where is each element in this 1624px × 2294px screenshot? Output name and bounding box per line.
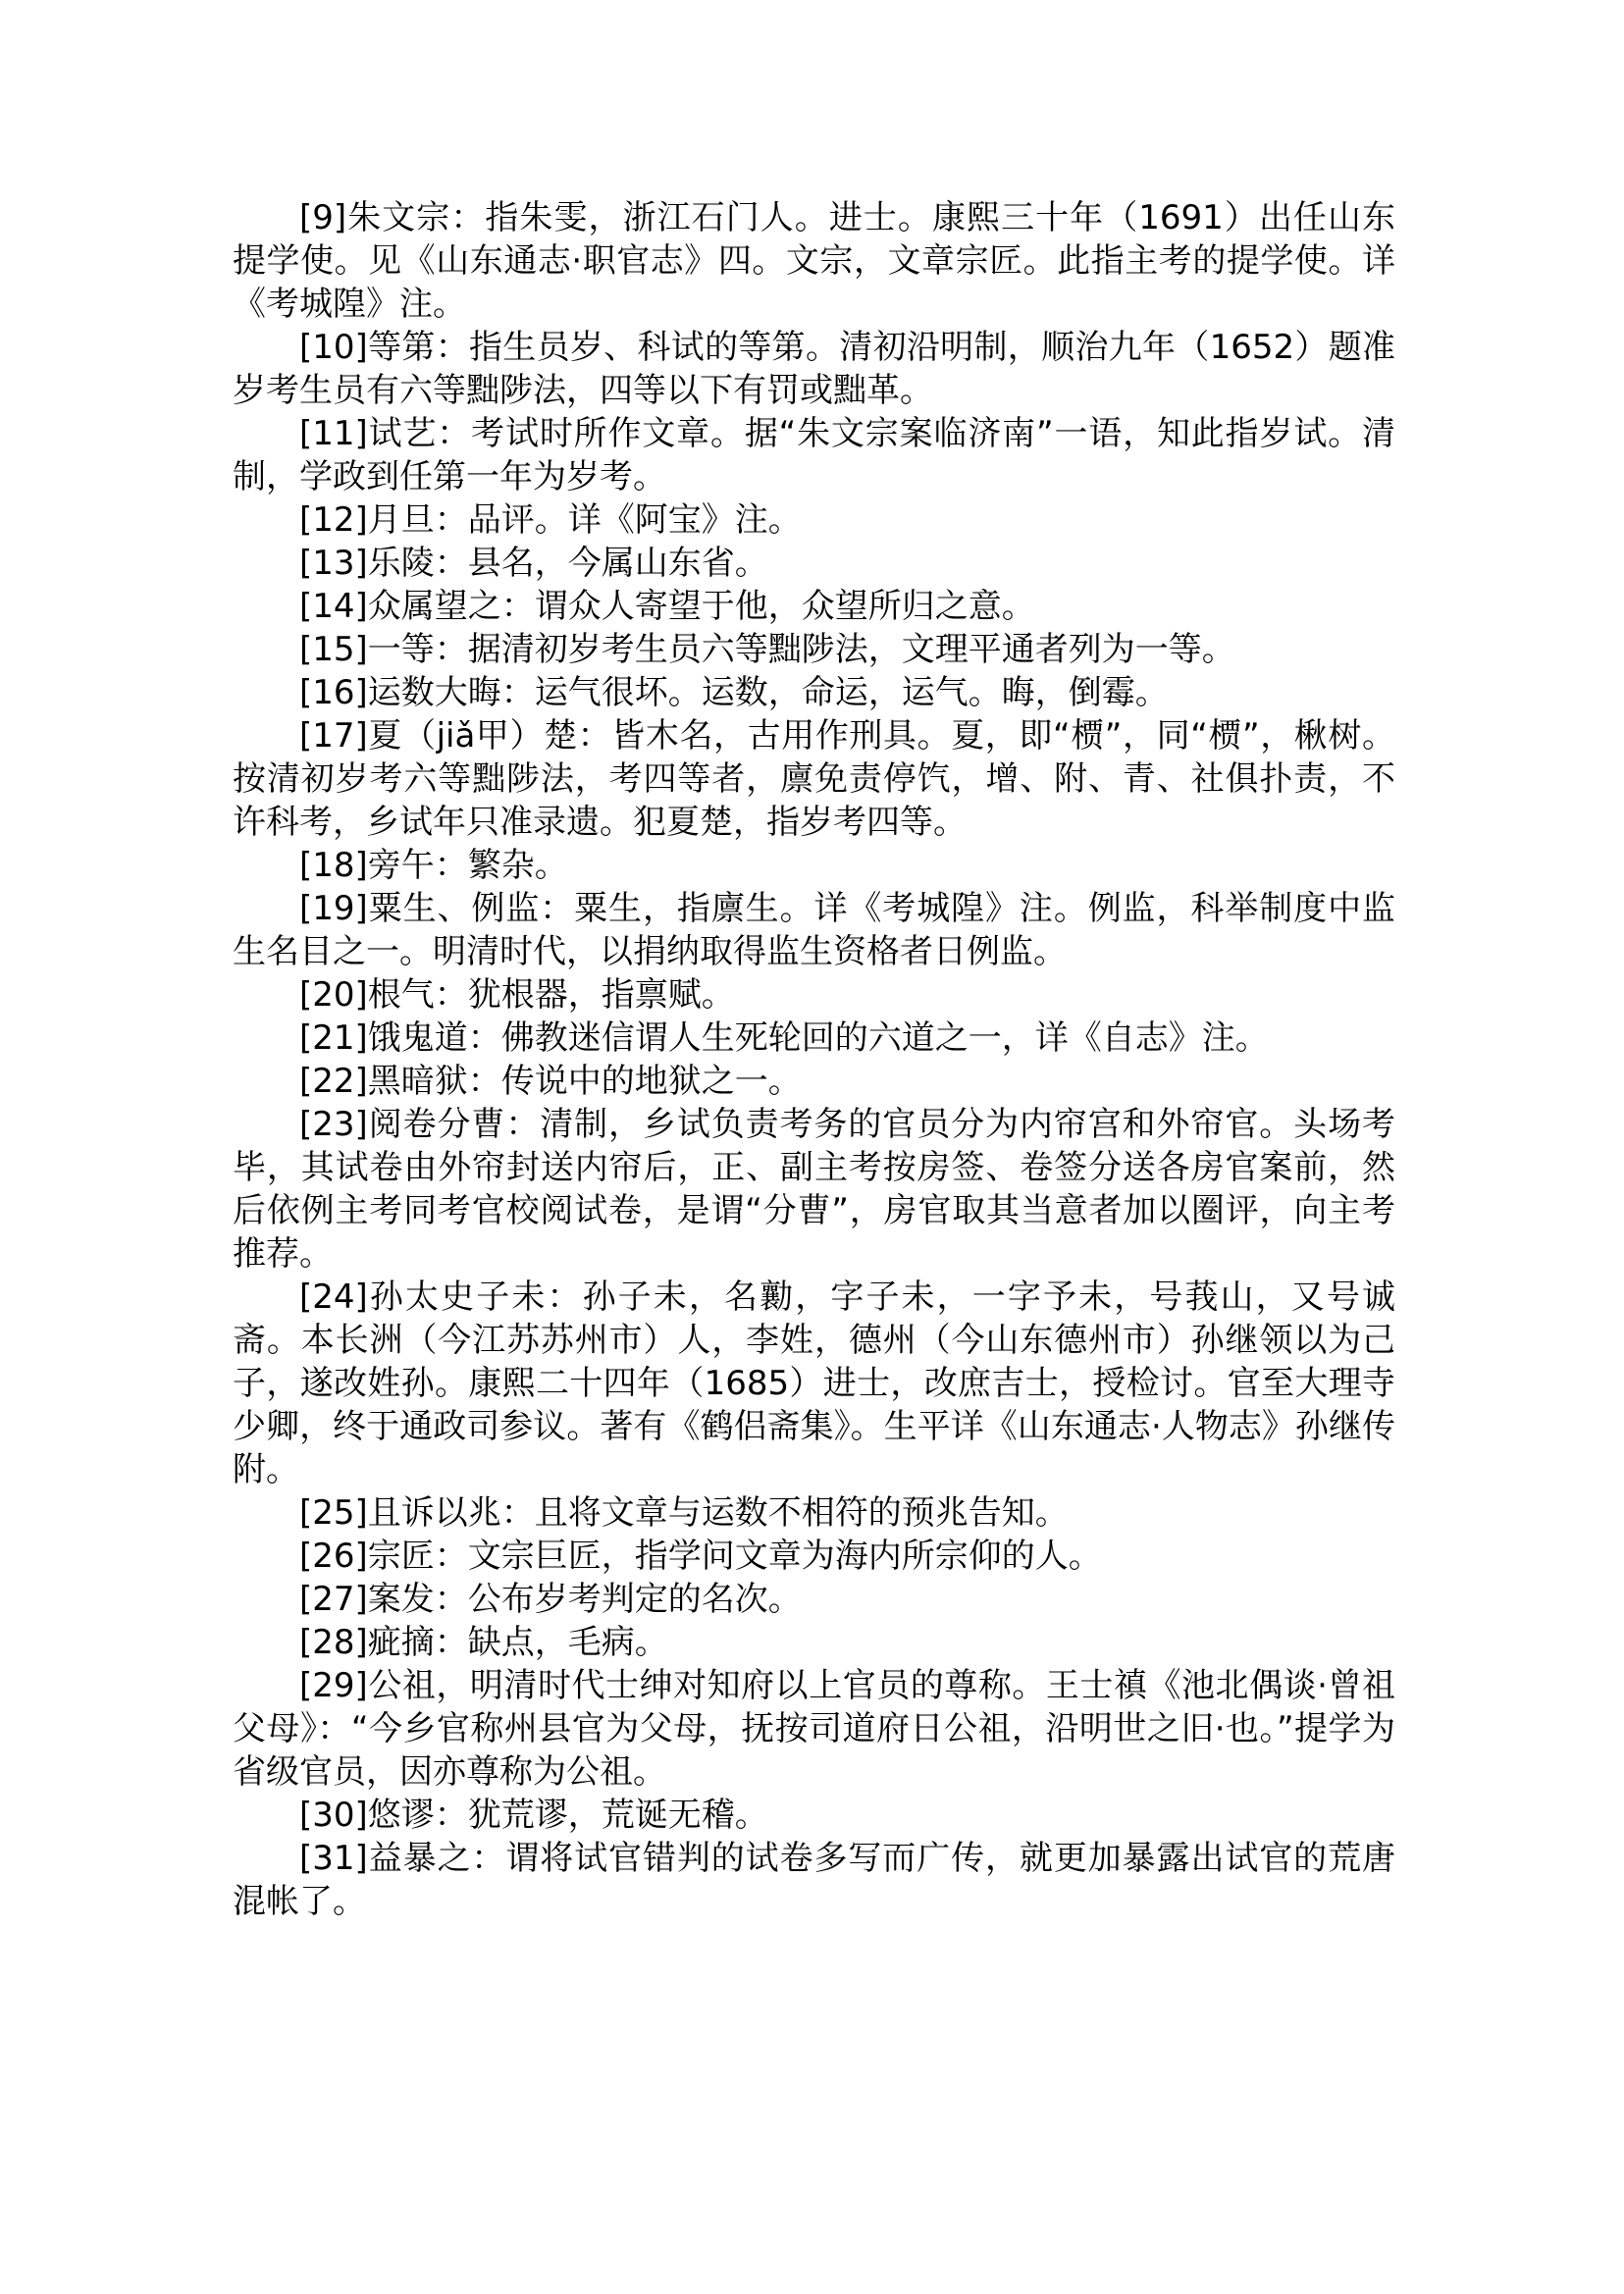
note-paragraph-29: [29]公祖，明清时代士绅对知府以上官员的尊称。王士禛《池北偶谈·曾祖父母》：“… — [233, 1664, 1395, 1794]
note-paragraph-21: [21]饿鬼道：佛教迷信谓人生死轮回的六道之一，详《自志》注。 — [233, 1017, 1395, 1060]
note-paragraph-26: [26]宗匠：文宗巨匠，指学问文章为海内所宗仰的人。 — [233, 1535, 1395, 1578]
note-paragraph-31: [31]益暴之：谓将试官错判的试卷多写而广传，就更加暴露出试官的荒唐混帐了。 — [233, 1837, 1395, 1923]
note-paragraph-17: [17]夏（jiǎ甲）楚：皆木名，古用作刑具。夏，即“槚”，同“槚”，楸树。按清… — [233, 714, 1395, 844]
note-paragraph-30: [30]悠谬：犹荒谬，荒诞无稽。 — [233, 1794, 1395, 1837]
note-paragraph-18: [18]旁午：繁杂。 — [233, 844, 1395, 887]
note-paragraph-28: [28]疵摘：缺点，毛病。 — [233, 1621, 1395, 1664]
note-paragraph-13: [13]乐陵：县名，今属山东省。 — [233, 542, 1395, 585]
note-paragraph-10: [10]等第：指生员岁、科试的等第。清初沿明制，顺治九年（1652）题准岁考生员… — [233, 326, 1395, 412]
note-paragraph-12: [12]月旦：品评。详《阿宝》注。 — [233, 498, 1395, 542]
note-paragraph-22: [22]黑暗狱：传说中的地狱之一。 — [233, 1060, 1395, 1103]
annotations-block: [9]朱文宗：指朱雯，浙江石门人。进士。康熙三十年（1691）出任山东提学使。见… — [233, 196, 1395, 1923]
note-paragraph-27: [27]案发：公布岁考判定的名次。 — [233, 1578, 1395, 1621]
note-paragraph-15: [15]一等：据清初岁考生员六等黜陟法，文理平通者列为一等。 — [233, 628, 1395, 671]
note-paragraph-25: [25]且诉以兆：且将文章与运数不相符的预兆告知。 — [233, 1491, 1395, 1535]
note-paragraph-16: [16]运数大晦：运气很坏。运数，命运，运气。晦，倒霉。 — [233, 671, 1395, 714]
note-paragraph-19: [19]粟生、例监：粟生，指廪生。详《考城隍》注。例监，科举制度中监生名目之一。… — [233, 887, 1395, 973]
note-paragraph-20: [20]根气：犹根器，指禀赋。 — [233, 973, 1395, 1017]
note-paragraph-23: [23]阅卷分曹：清制，乡试负责考务的官员分为内帘宫和外帘官。头场考毕，其试卷由… — [233, 1103, 1395, 1276]
book-page: [9]朱文宗：指朱雯，浙江石门人。进士。康熙三十年（1691）出任山东提学使。见… — [0, 0, 1624, 2294]
note-paragraph-9: [9]朱文宗：指朱雯，浙江石门人。进士。康熙三十年（1691）出任山东提学使。见… — [233, 196, 1395, 326]
note-paragraph-24: [24]孙太史子未：孙子未，名勷，字子未，一字予未，号莪山，又号诚斋。本长洲（今… — [233, 1276, 1395, 1491]
note-paragraph-14: [14]众属望之：谓众人寄望于他，众望所归之意。 — [233, 585, 1395, 628]
note-paragraph-11: [11]试艺：考试时所作文章。据“朱文宗案临济南”一语，知此指岁试。清制，学政到… — [233, 412, 1395, 498]
